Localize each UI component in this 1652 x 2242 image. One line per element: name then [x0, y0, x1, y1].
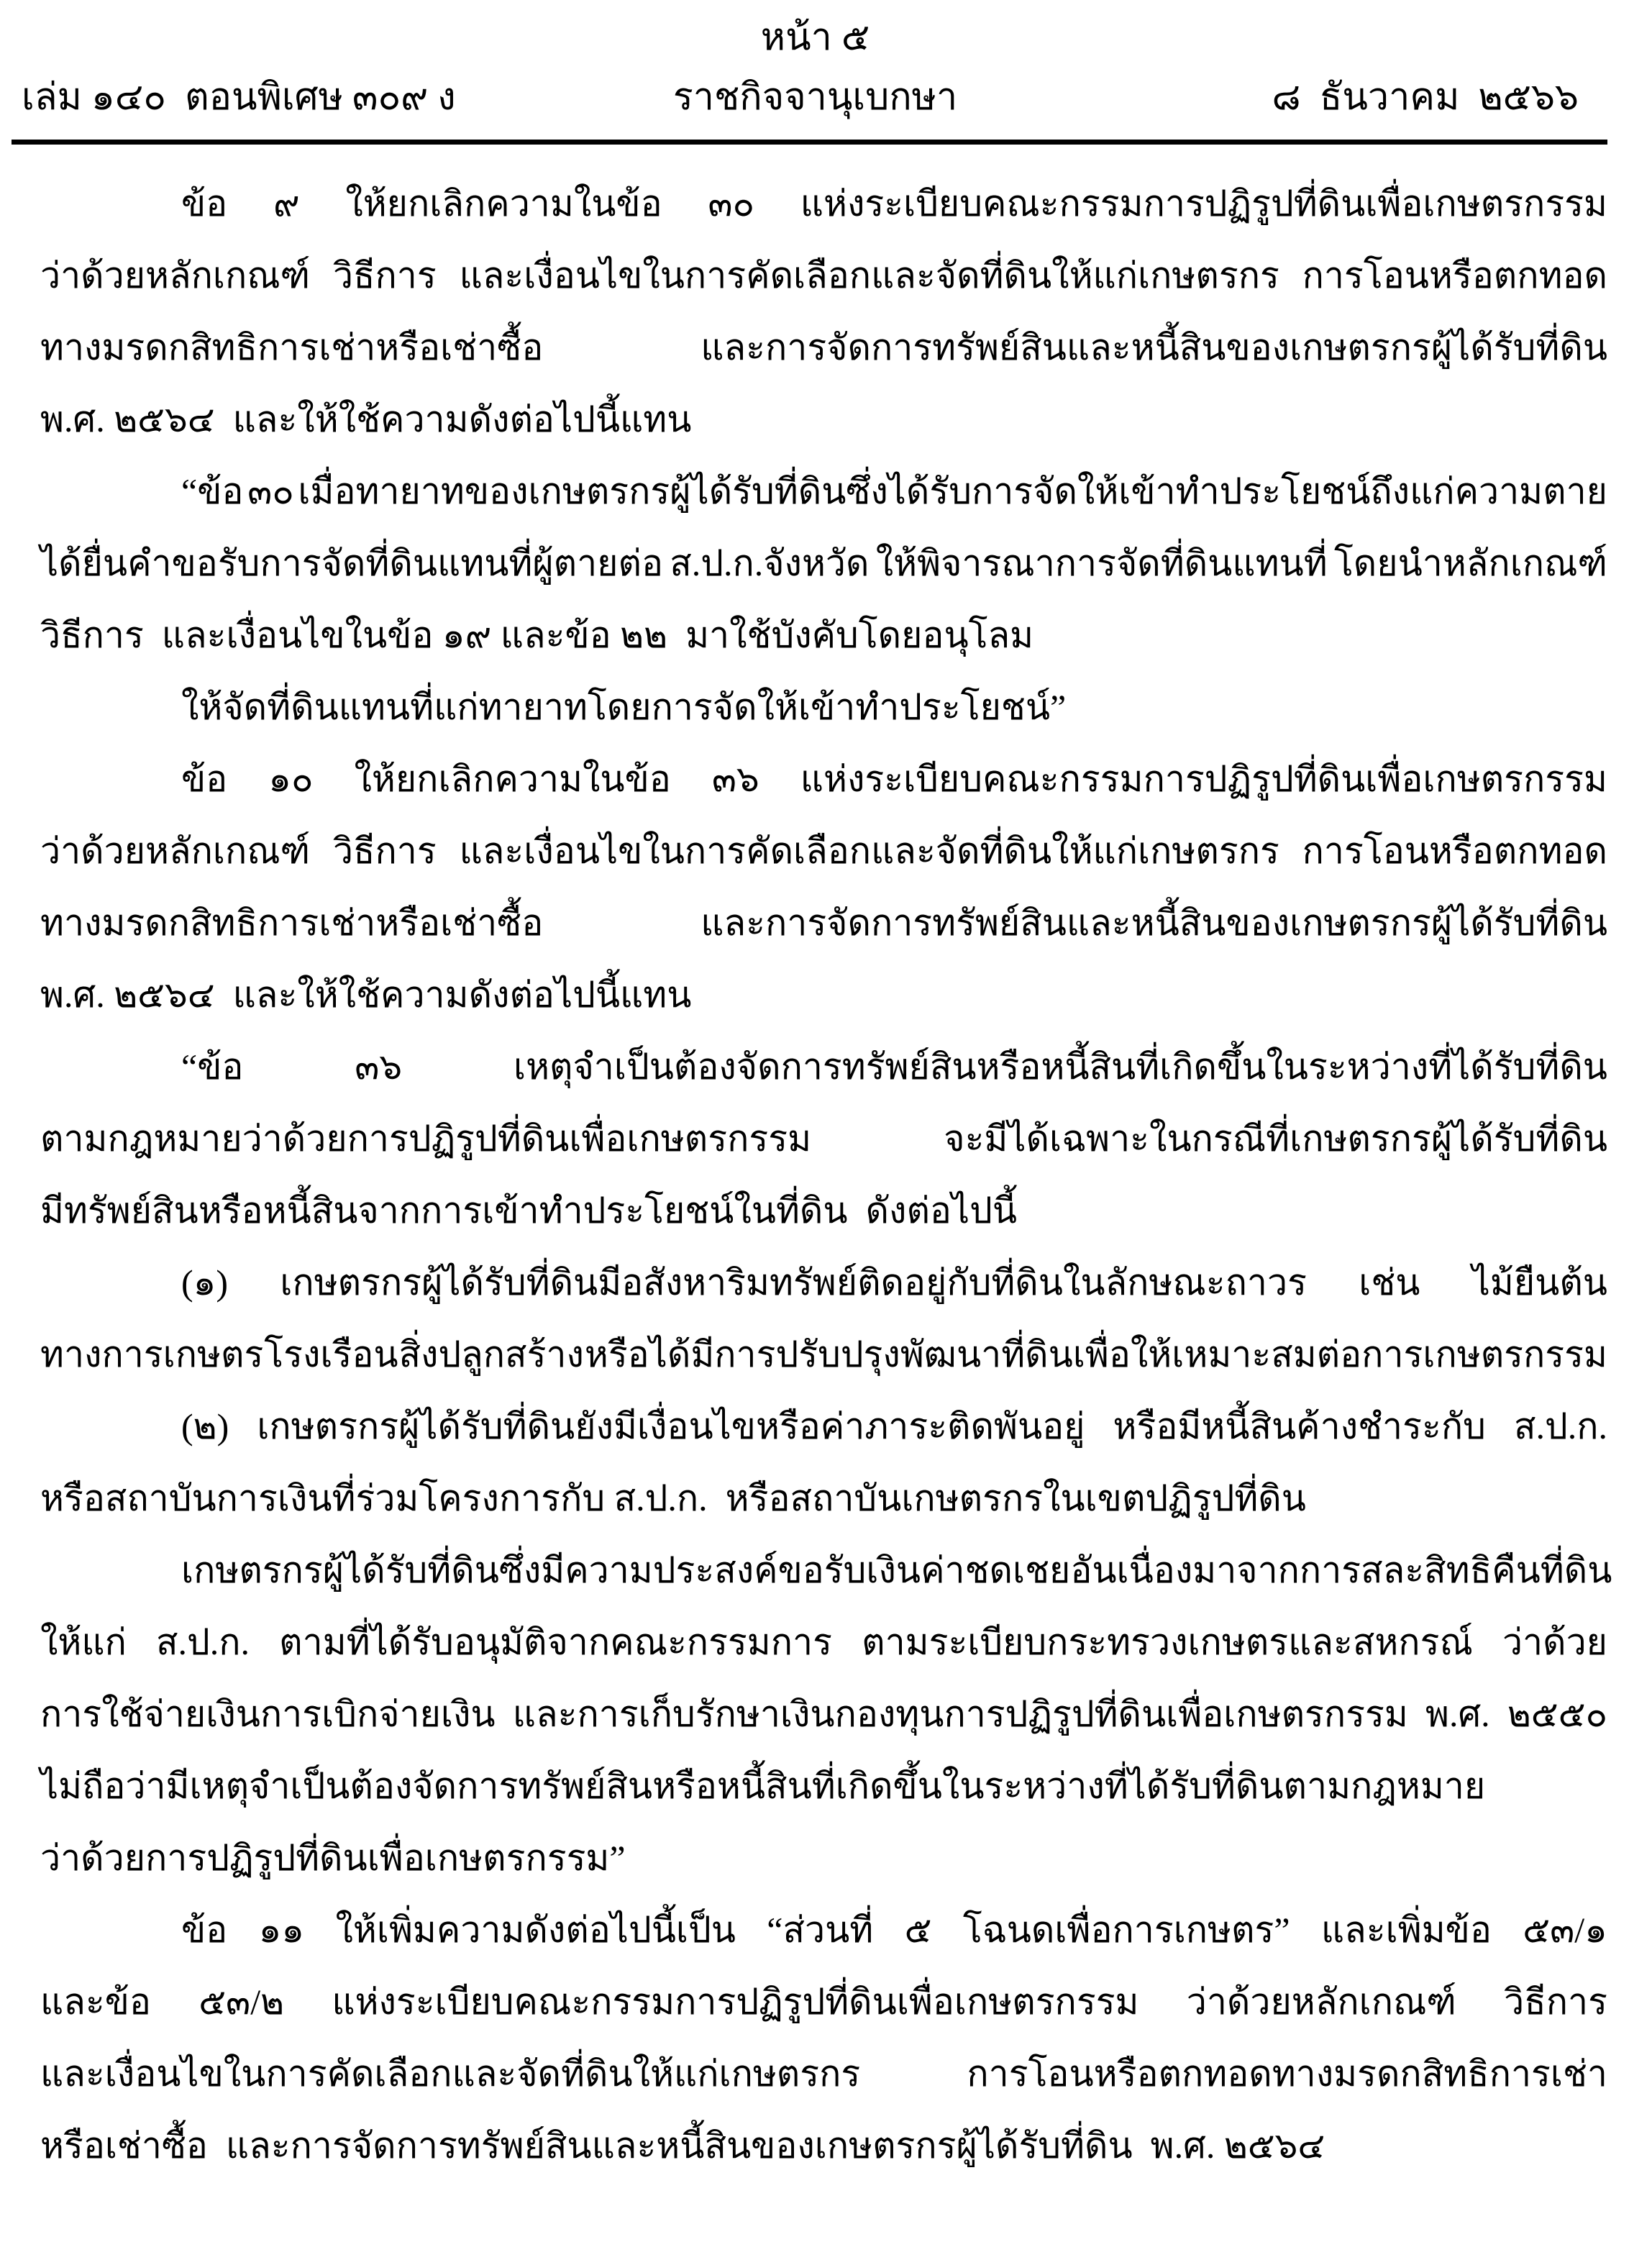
text-line: “ข้อ๓๖เหตุจำเป็นต้องจัดการทรัพย์สินหรือห…	[40, 1031, 1607, 1103]
text-segment: ไม่ถือว่ามีเหตุจำเป็นต้องจัดการทรัพย์สิน…	[40, 1758, 1485, 1815]
text-segment: ให้แก่	[40, 1614, 127, 1671]
text-segment: การใช้จ่ายเงินการเบิกจ่ายเงิน	[40, 1686, 496, 1743]
text-segment: และเงื่อนไขในการคัดเลือกและจัดที่ดินให้แ…	[460, 823, 1279, 880]
paragraph-5: (๑)เกษตรกรผู้ได้รับที่ดินมีอสังหาริมทรัพ…	[40, 1247, 1607, 1390]
text-segment: และการจัดการทรัพย์สินและหนี้สินของเกษตรก…	[700, 319, 1607, 376]
text-segment: ทางมรดกสิทธิการเช่าหรือเช่าซื้อ	[40, 895, 543, 952]
text-segment: ให้พิจารณาการจัดที่ดินแทนที่	[876, 535, 1328, 592]
text-segment: วิธีการ	[333, 823, 437, 880]
text-line: ไม่ถือว่ามีเหตุจำเป็นต้องจัดการทรัพย์สิน…	[40, 1750, 1607, 1822]
text-segment: ไม้ยืนต้น	[1472, 1254, 1607, 1311]
document-body: ข้อ๙ให้ยกเลิกความในข้อ๓๐แห่งระเบียบคณะกร…	[0, 145, 1652, 2182]
text-segment: ให้ยกเลิกความในข้อ	[345, 176, 662, 232]
text-line: พ.ศ. ๒๕๖๔ และให้ใช้ความดังต่อไปนี้แทน	[40, 959, 1607, 1031]
text-line: ว่าด้วยหลักเกณฑ์วิธีการและเงื่อนไขในการค…	[40, 240, 1607, 311]
text-line: ข้อ๙ให้ยกเลิกความในข้อ๓๐แห่งระเบียบคณะกร…	[40, 168, 1607, 240]
text-segment: ๓๖	[712, 751, 759, 808]
text-segment: ๒๕๕๐	[1507, 1686, 1607, 1743]
text-segment: ส.ป.ก.	[156, 1614, 250, 1671]
text-line: ทางมรดกสิทธิการเช่าหรือเช่าซื้อและการจัด…	[40, 311, 1607, 383]
text-segment: ตามระเบียบกระทรวงเกษตรและสหกรณ์	[862, 1614, 1473, 1671]
text-line: ข้อ๑๐ให้ยกเลิกความในข้อ๓๖แห่งระเบียบคณะก…	[40, 743, 1607, 815]
volume-issue-label: เล่ม ๑๔๐ ตอนพิเศษ ๓๐๙ ง	[22, 72, 456, 124]
text-line: และข้อ๕๓/๒แห่งระเบียบคณะกรรมการปฏิรูปที่…	[40, 1966, 1607, 2038]
text-segment: ให้ยกเลิกความในข้อ	[355, 751, 671, 808]
header-rule	[12, 140, 1607, 145]
text-segment: “ข้อ	[181, 1039, 243, 1095]
text-segment: และการจัดการทรัพย์สินและหนี้สินของเกษตรก…	[700, 895, 1607, 952]
text-segment: แห่งระเบียบคณะกรรมการปฏิรูปที่ดินเพื่อเก…	[332, 1974, 1138, 2031]
text-segment: “ส่วนที่	[767, 1902, 873, 1959]
publication-date: ๘ ธันวาคม ๒๕๖๖	[1272, 72, 1579, 124]
text-line: (๒)เกษตรกรผู้ได้รับที่ดินยังมีเงื่อนไขหร…	[40, 1390, 1607, 1462]
text-segment: และข้อ	[40, 1974, 151, 2031]
text-segment: ๓๐	[247, 463, 294, 520]
text-line: เกษตรกรผู้ได้รับที่ดินซึ่งมีความประสงค์ข…	[40, 1534, 1607, 1606]
text-line: ว่าด้วยการปฏิรูปที่ดินเพื่อเกษตรกรรม”	[40, 1822, 1607, 1894]
text-line: ว่าด้วยหลักเกณฑ์วิธีการและเงื่อนไขในการค…	[40, 815, 1607, 887]
document-page: หน้า ๕ เล่ม ๑๔๐ ตอนพิเศษ ๓๐๙ ง ราชกิจจาน…	[0, 0, 1652, 2242]
text-segment: วิธีการ	[1504, 1974, 1607, 2031]
gazette-title: ราชกิจจานุเบกษา	[673, 72, 957, 124]
text-line: มีทรัพย์สินหรือหนี้สินจากการเข้าทำประโยช…	[40, 1175, 1607, 1247]
text-segment: และเงื่อนไขในการคัดเลือกและจัดที่ดินให้แ…	[40, 2046, 860, 2102]
text-segment: โดยนำหลักเกณฑ์	[1334, 535, 1607, 592]
text-segment: ๙	[273, 176, 300, 232]
text-segment: ส.ป.ก.จังหวัด	[670, 535, 869, 592]
paragraph-4: “ข้อ๓๖เหตุจำเป็นต้องจัดการทรัพย์สินหรือห…	[40, 1031, 1607, 1247]
paragraph-8: ข้อ๑๑ให้เพิ่มความดังต่อไปนี้เป็น“ส่วนที่…	[40, 1894, 1607, 2182]
text-segment: ข้อ	[181, 176, 227, 232]
text-segment: เหตุจำเป็นต้องจัดการทรัพย์สินหรือหนี้สิน…	[514, 1039, 1607, 1095]
text-segment: สิ่งปลูกสร้าง	[398, 1326, 583, 1383]
text-segment: เกษตรกรผู้ได้รับที่ดินมีอสังหาริมทรัพย์ต…	[280, 1254, 1307, 1311]
text-segment: โฉนดเพื่อการเกษตร”	[963, 1902, 1290, 1959]
text-segment: ว่าด้วยหลักเกณฑ์	[40, 823, 310, 880]
text-segment: การโอนหรือตกทอดทางมรดกสิทธิการเช่า	[967, 2046, 1607, 2102]
paragraph-3: ข้อ๑๐ให้ยกเลิกความในข้อ๓๖แห่งระเบียบคณะก…	[40, 743, 1607, 1031]
text-line: พ.ศ. ๒๕๖๔ และให้ใช้ความดังต่อไปนี้แทน	[40, 383, 1607, 455]
text-segment: ทางมรดกสิทธิการเช่าหรือเช่าซื้อ	[40, 319, 543, 376]
text-segment: ข้อ	[181, 751, 227, 808]
text-segment: การโอนหรือตกทอด	[1302, 823, 1607, 880]
text-segment: “ข้อ	[181, 463, 243, 520]
paragraph-2: “ข้อ๓๐เมื่อทายาทของเกษตรกรผู้ได้รับที่ดิ…	[40, 455, 1607, 743]
paragraph-7: เกษตรกรผู้ได้รับที่ดินซึ่งมีความประสงค์ข…	[40, 1534, 1607, 1894]
paragraph-1: ข้อ๙ให้ยกเลิกความในข้อ๓๐แห่งระเบียบคณะกร…	[40, 168, 1607, 455]
text-line: ให้แก่ส.ป.ก.ตามที่ได้รับอนุมัติจากคณะกรร…	[40, 1606, 1607, 1678]
text-segment: พ.ศ.	[1425, 1686, 1490, 1743]
text-segment: ๕๓/๒	[198, 1974, 284, 2031]
text-line: ข้อ๑๑ให้เพิ่มความดังต่อไปนี้เป็น“ส่วนที่…	[40, 1894, 1607, 1966]
text-line: ให้จัดที่ดินแทนที่แก่ทายาทโดยการจัดให้เข…	[40, 671, 1607, 743]
text-segment: ให้เพิ่มความดังต่อไปนี้เป็น	[335, 1902, 735, 1959]
text-segment: ๑๑	[259, 1902, 304, 1959]
text-segment: และเงื่อนไขในการคัดเลือกและจัดที่ดินให้แ…	[460, 247, 1279, 304]
text-line: และเงื่อนไขในการคัดเลือกและจัดที่ดินให้แ…	[40, 2038, 1607, 2110]
text-segment: เมื่อทายาทของเกษตรกรผู้ได้รับที่ดินซึ่งไ…	[298, 463, 1607, 520]
text-segment: และการเก็บรักษาเงินกองทุนการปฏิรูปที่ดิน…	[513, 1686, 1408, 1743]
text-segment: ว่าด้วยหลักเกณฑ์	[40, 247, 310, 304]
text-segment: ๓๖	[355, 1039, 402, 1095]
text-segment: เกษตรกรผู้ได้รับที่ดินยังมีเงื่อนไขหรือค…	[257, 1398, 1085, 1455]
text-segment: ๑๐	[268, 751, 313, 808]
text-segment: ๓๐	[708, 176, 754, 232]
text-segment: ว่าด้วย	[1502, 1614, 1607, 1671]
text-segment: แห่งระเบียบคณะกรรมการปฏิรูปที่ดินเพื่อเก…	[800, 176, 1607, 232]
gazette-header: หน้า ๕ เล่ม ๑๔๐ ตอนพิเศษ ๓๐๙ ง ราชกิจจาน…	[0, 0, 1652, 124]
text-segment: ข้อ	[181, 1902, 227, 1959]
text-segment: ส.ป.ก.	[1514, 1398, 1607, 1455]
text-segment: การโอนหรือตกทอด	[1302, 247, 1607, 304]
text-segment: เช่น	[1359, 1254, 1420, 1311]
text-segment: ๕	[905, 1902, 932, 1959]
text-segment: ตามที่ได้รับอนุมัติจากคณะกรรมการ	[279, 1614, 832, 1671]
text-segment: ว่าด้วยหลักเกณฑ์	[1187, 1974, 1456, 2031]
text-segment: ตามกฎหมายว่าด้วยการปฏิรูปที่ดินเพื่อเกษต…	[40, 1111, 811, 1167]
text-line: ได้ยื่นคำขอรับการจัดที่ดินแทนที่ผู้ตายต่…	[40, 527, 1607, 599]
text-line: “ข้อ๓๐เมื่อทายาทของเกษตรกรผู้ได้รับที่ดิ…	[40, 455, 1607, 527]
text-line: ทางมรดกสิทธิการเช่าหรือเช่าซื้อและการจัด…	[40, 887, 1607, 959]
text-line: การใช้จ่ายเงินการเบิกจ่ายเงินและการเก็บร…	[40, 1678, 1607, 1750]
text-segment: ทางการเกษตร	[40, 1326, 263, 1383]
page-number-label: หน้า ๕	[22, 13, 1609, 63]
text-segment: ได้ยื่นคำขอรับการจัดที่ดินแทนที่ผู้ตายต่…	[40, 535, 663, 592]
text-line: (๑)เกษตรกรผู้ได้รับที่ดินมีอสังหาริมทรัพ…	[40, 1247, 1607, 1318]
text-line: ทางการเกษตรโรงเรือนสิ่งปลูกสร้างหรือได้ม…	[40, 1318, 1607, 1390]
text-line: วิธีการ และเงื่อนไขในข้อ ๑๙ และข้อ ๒๒ มา…	[40, 599, 1607, 671]
text-line: หรือสถาบันการเงินที่ร่วมโครงการกับ ส.ป.ก…	[40, 1462, 1607, 1534]
text-segment: (๑)	[181, 1254, 228, 1311]
text-segment: จะมีได้เฉพาะในกรณีที่เกษตรกรผู้ได้รับที่…	[944, 1111, 1607, 1167]
text-segment: เกษตรกรผู้ได้รับที่ดินซึ่งมีความประสงค์ข…	[181, 1542, 1612, 1599]
text-segment: แห่งระเบียบคณะกรรมการปฏิรูปที่ดินเพื่อเก…	[800, 751, 1607, 808]
text-line: ตามกฎหมายว่าด้วยการปฏิรูปที่ดินเพื่อเกษต…	[40, 1103, 1607, 1175]
text-segment: วิธีการ	[333, 247, 437, 304]
text-segment: หรือมีหนี้สินค้างชำระกับ	[1113, 1398, 1486, 1455]
text-segment: และเพิ่มข้อ	[1321, 1902, 1492, 1959]
text-line: หรือเช่าซื้อ และการจัดการทรัพย์สินและหนี…	[40, 2110, 1607, 2182]
text-segment: ๕๓/๑	[1523, 1902, 1607, 1959]
gazette-header-row: เล่ม ๑๔๐ ตอนพิเศษ ๓๐๙ ง ราชกิจจานุเบกษา …	[22, 72, 1609, 124]
text-segment: โรงเรือน	[264, 1326, 398, 1383]
paragraph-6: (๒)เกษตรกรผู้ได้รับที่ดินยังมีเงื่อนไขหร…	[40, 1390, 1607, 1534]
text-segment: (๒)	[181, 1398, 229, 1455]
text-segment: หรือได้มีการปรับปรุงพัฒนาที่ดินเพื่อให้เ…	[585, 1326, 1607, 1383]
